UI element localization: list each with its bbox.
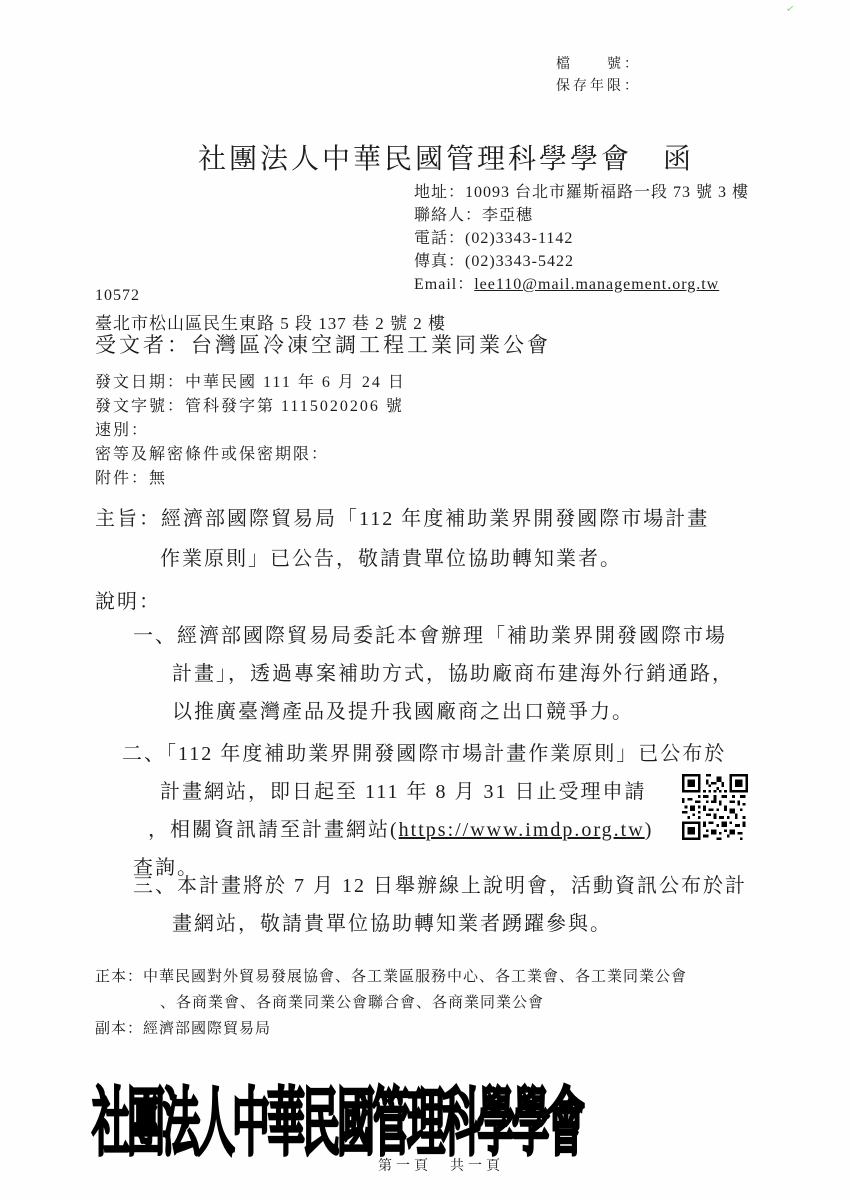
issue-date: 發文日期：中華民國 111 年 6 月 24 日	[95, 371, 406, 395]
sender-email-link[interactable]: lee110@mail.management.org.tw	[474, 276, 719, 293]
file-number-label: 檔 號：	[556, 54, 641, 76]
sender-contact-block: 地址：10093 台北市羅斯福路一段 73 號 3 樓 聯絡人：李亞穗 電話：(…	[414, 181, 749, 296]
explanation-item2-line3: ，相關資訊請至計畫網站(https://www.imdp.org.tw)	[148, 811, 653, 849]
recipient-postal-code: 10572	[95, 287, 140, 305]
document-number: 發文字號：管科發字第 1115020206 號	[95, 395, 406, 419]
sender-fax: 傳真：(02)3343-5422	[414, 250, 749, 273]
speed-level: 速別：	[95, 419, 406, 443]
sender-phone: 電話：(02)3343-1142	[414, 227, 749, 250]
explanation-item2-line1: 二、「112 年度補助業界開發國際市場計畫作業原則」已公布於	[122, 735, 726, 773]
explanation-item1-line3: 以推廣臺灣產品及提升我國廠商之出口競爭力。	[172, 693, 634, 731]
recipient-line: 受文者：台灣區冷凍空調工程工業同業公會	[95, 329, 551, 359]
organization-stamp: 社團法人中華民國管理科學學會	[92, 1062, 582, 1169]
sender-email-label: Email：	[414, 276, 474, 293]
document-meta-block: 發文日期：中華民國 111 年 6 月 24 日 發文字號：管科發字第 1115…	[95, 371, 406, 491]
cc-copy-line: 副本：經濟部國際貿易局	[95, 1017, 271, 1038]
sender-address: 地址：10093 台北市羅斯福路一段 73 號 3 樓	[414, 181, 749, 204]
page-number-footer: 第一頁 共一頁	[378, 1155, 504, 1175]
attachment-note: 附件：無	[95, 467, 406, 491]
subject-line-1: 主旨：經濟部國際貿易局「112 年度補助業界開發國際市場計畫	[95, 502, 709, 531]
qr-code-icon	[682, 772, 748, 842]
explanation-item2-line2: 計畫網站，即日起至 111 年 8 月 31 日止受理申請	[160, 773, 647, 811]
document-title: 社團法人中華民國管理科學學會 函	[198, 137, 694, 177]
subject-line-2: 作業原則」已公告，敬請貴單位協助轉知業者。	[160, 542, 622, 571]
sender-email-line: Email：lee110@mail.management.org.tw	[414, 273, 749, 296]
scan-artifact-checkmark-icon: ✓	[785, 3, 795, 15]
program-website-link[interactable]: https://www.imdp.org.tw	[399, 819, 645, 841]
explanation-item2-line3-post: )	[645, 819, 654, 841]
explanation-item2-line3-pre: ，相關資訊請至計畫網站(	[148, 819, 399, 841]
explanation-item1-line2: 計畫」，透過專案補助方式，協助廠商布建海外行銷通路，	[172, 655, 734, 693]
sender-contact-person: 聯絡人：李亞穗	[414, 204, 749, 227]
explanation-item3-line1: 三、本計畫將於 7 月 12 日舉辦線上說明會，活動資訊公布於計	[133, 867, 747, 905]
scanned-letter-page: ✓ 檔 號： 保存年限： 社團法人中華民國管理科學學會 函 地址：10093 台…	[0, 0, 850, 1200]
original-copy-line2: 、各商業會、各商業同業公會聯合會、各商業同業公會	[160, 991, 544, 1012]
explanation-item3-line2: 畫網站，敬請貴單位協助轉知業者踴躍參與。	[172, 905, 612, 943]
file-number-block: 檔 號： 保存年限：	[556, 54, 641, 98]
security-classification: 密等及解密條件或保密期限：	[95, 443, 406, 467]
retention-period-label: 保存年限：	[556, 76, 641, 98]
explanation-heading: 說明：	[95, 585, 161, 614]
original-copy-line1: 正本：中華民國對外貿易發展協會、各工業區服務中心、各工業會、各工業同業公會	[95, 965, 687, 986]
explanation-item1-line1: 一、經濟部國際貿易局委託本會辦理「補助業界開發國際市場	[133, 617, 727, 655]
